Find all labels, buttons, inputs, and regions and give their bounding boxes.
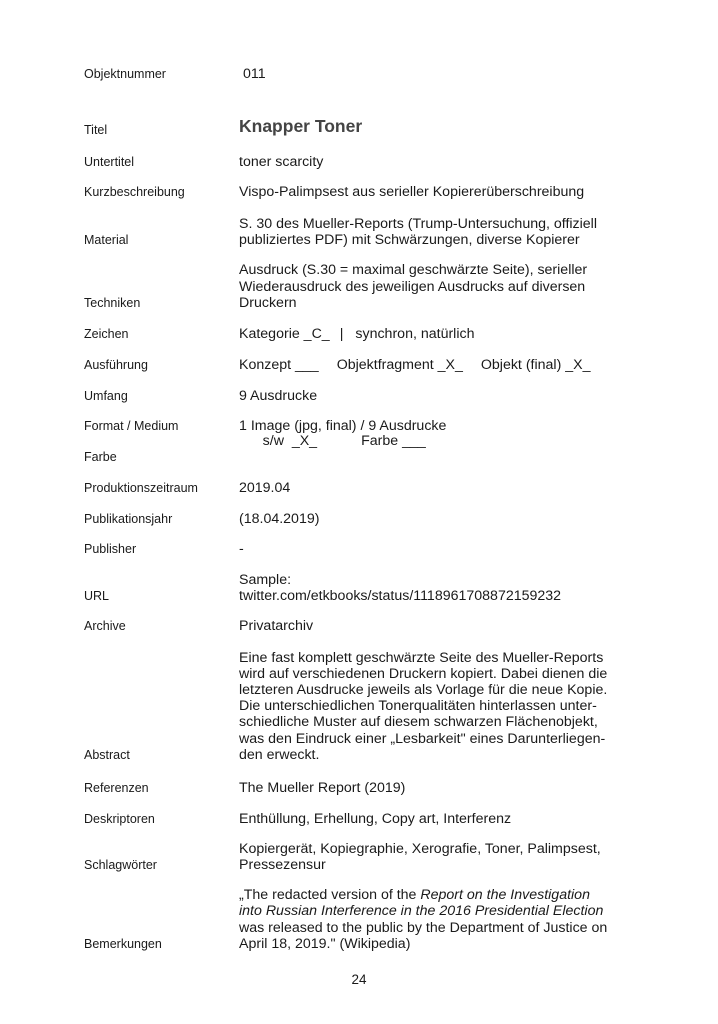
page-number: 24 (0, 972, 718, 987)
techniques-value: Ausdruck (S.30 = maximal geschwärzte Sei… (239, 262, 639, 311)
field-produktionszeitraum: Produktionszeitraum 2019.04 (84, 478, 644, 496)
field-label: Format / Medium (84, 418, 178, 434)
keywords-value: Kopiergerät, Kopiegraphie, Xerografie, T… (239, 841, 659, 873)
field-label: Archive (84, 618, 126, 634)
field-label: Produktionszeitraum (84, 480, 198, 496)
references-value: The Mueller Report (2019) (239, 780, 639, 796)
field-zeichen: Zeichen Kategorie _C_|synchron, natürlic… (84, 324, 644, 342)
field-label: Umfang (84, 388, 128, 404)
field-material: Material S. 30 des Mueller-Reports (Trum… (84, 212, 644, 248)
field-ausfuehrung: Ausführung Konzept ___Objektfragment _X_… (84, 355, 644, 373)
field-publikationsjahr: Publikationsjahr (18.04.2019) (84, 509, 644, 527)
abstract-value: Eine fast komplett geschwärzte Seite des… (239, 650, 639, 763)
field-label: Farbe (84, 449, 117, 465)
field-label: Publikationsjahr (84, 511, 172, 527)
production-period: 2019.04 (239, 480, 639, 496)
field-label: Referenzen (84, 780, 149, 796)
short-description: Vispo-Palimpsest aus serieller Kopiererü… (239, 184, 639, 200)
field-label: Schlagwörter (84, 857, 157, 873)
field-label: Material (84, 232, 128, 248)
field-url: URL Sample: twitter.com/etkbooks/status/… (84, 568, 644, 604)
field-untertitel: Untertitel toner scarcity (84, 152, 644, 170)
field-abstract: Abstract Eine fast komplett geschwärzte … (84, 646, 644, 763)
sign-value: Kategorie _C_|synchron, natürlich (239, 326, 639, 342)
field-label: Titel (84, 122, 107, 138)
remarks-value: „The redacted version of the Report on t… (239, 887, 659, 952)
object-title: Knapper Toner (239, 116, 639, 136)
field-label: Publisher (84, 541, 136, 557)
color-value: s/w _X_Farbe ___ (239, 416, 639, 465)
field-label: Abstract (84, 747, 130, 763)
field-publisher: Publisher - (84, 539, 644, 557)
field-label: Bemerkungen (84, 936, 162, 952)
url-link[interactable]: twitter.com/etkbooks/status/111896170887… (239, 588, 639, 604)
field-deskriptoren: Deskriptoren Enthüllung, Erhellung, Copy… (84, 809, 644, 827)
archive-value: Privatarchiv (239, 618, 639, 634)
field-label: URL (84, 588, 109, 604)
descriptors-value: Enthüllung, Erhellung, Copy art, Interfe… (239, 811, 639, 827)
field-archive: Archive Privatarchiv (84, 616, 644, 634)
publisher-value: - (239, 541, 639, 557)
publication-year: (18.04.2019) (239, 511, 639, 527)
material-value: S. 30 des Mueller-Reports (Trump-Untersu… (239, 216, 639, 248)
field-label: Techniken (84, 295, 140, 311)
field-referenzen: Referenzen The Mueller Report (2019) (84, 778, 644, 796)
field-label: Kurzbeschreibung (84, 184, 185, 200)
field-titel: Titel Knapper Toner (84, 116, 644, 138)
object-number: 011 (243, 66, 643, 82)
field-bemerkungen: Bemerkungen „The redacted version of the… (84, 885, 644, 952)
subtitle: toner scarcity (239, 154, 639, 170)
field-label: Objektnummer (84, 66, 166, 82)
field-farbe: Farbe s/w _X_Farbe ___ (84, 447, 644, 465)
field-label: Untertitel (84, 154, 134, 170)
field-label: Deskriptoren (84, 811, 155, 827)
field-label: Ausführung (84, 357, 148, 373)
field-kurzbeschreibung: Kurzbeschreibung Vispo-Palimpsest aus se… (84, 182, 644, 200)
scope-value: 9 Ausdrucke (239, 388, 639, 404)
execution-value: Konzept ___Objektfragment _X_Objekt (fin… (239, 357, 659, 373)
field-techniken: Techniken Ausdruck (S.30 = maximal gesch… (84, 260, 644, 311)
field-umfang: Umfang 9 Ausdrucke (84, 386, 644, 404)
url-value: Sample: twitter.com/etkbooks/status/1118… (239, 572, 639, 604)
field-objektnummer: Objektnummer 011 (84, 62, 644, 82)
field-schlagwoerter: Schlagwörter Kopiergerät, Kopiegraphie, … (84, 838, 644, 873)
field-label: Zeichen (84, 326, 128, 342)
